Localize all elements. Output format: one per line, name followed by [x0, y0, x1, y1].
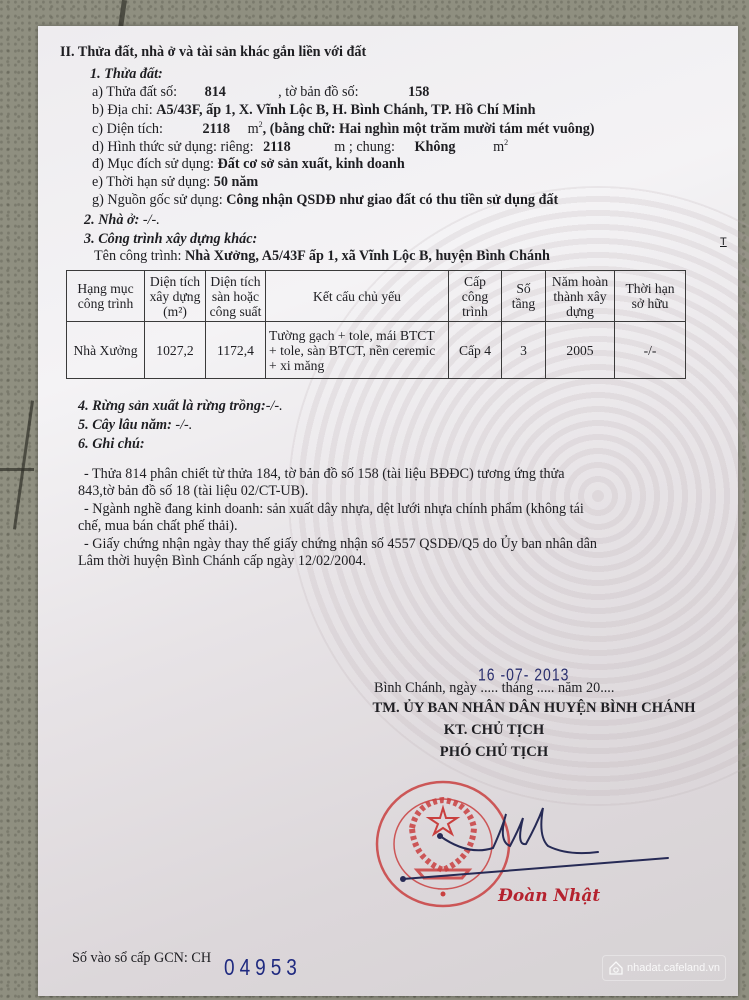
works-name-label: Tên công trình: — [94, 248, 181, 264]
col-header-structure: Kết cấu chủ yếu — [266, 271, 449, 322]
land-certificate-page: II. Thửa đất, nhà ở và tài sản khác gắn … — [38, 26, 738, 996]
purpose-value: Đất cơ sở sản xuất, kinh doanh — [218, 156, 405, 172]
parcel-number: 814 — [205, 84, 275, 101]
col-header-category: Hạng mục công trình — [67, 271, 145, 322]
term-row: e) Thời hạn sử dụng: 50 năm — [92, 174, 258, 191]
on-behalf-line: KT. CHỦ TỊCH — [334, 722, 654, 739]
parcel-row: a) Thửa đất số: 814 , tờ bản đồ số: 158 — [92, 84, 429, 101]
origin-label: g) Nguồn gốc sử dụng: — [92, 192, 223, 208]
usage-private-value: 2118 — [263, 139, 291, 155]
usage-form-label: d) Hình thức sử dụng: riêng: — [92, 139, 254, 155]
margin-mark: T — [720, 236, 727, 248]
map-sheet-label: , tờ bản đồ số: — [278, 84, 358, 100]
house-row: 2. Nhà ở: -/-. — [84, 212, 160, 229]
usage-shared-label: m ; chung: — [334, 139, 395, 155]
cell-grade: Cấp 4 — [449, 322, 502, 379]
registry-number: 04953 — [224, 956, 302, 982]
purpose-label: đ) Mục đích sử dụng: — [92, 156, 214, 172]
floor-tile-joint — [118, 0, 127, 28]
origin-value: Công nhận QSDĐ như giao đất có thu tiền … — [226, 192, 558, 208]
col-header-floor-area: Diện tích sàn hoặc công suất — [206, 271, 266, 322]
cell-floor-area: 1172,4 — [206, 322, 266, 379]
signer-name: Đoàn Nhật — [498, 886, 600, 906]
cell-floors: 3 — [502, 322, 546, 379]
area-value: 2118 — [202, 121, 230, 137]
table-row: Nhà Xưởng 1027,2 1172,4 Tường gạch + tol… — [67, 322, 686, 379]
note-line: Lâm thời huyện Bình Chánh cấp ngày 12/02… — [78, 553, 366, 570]
address-label: b) Địa chỉ: — [92, 102, 153, 118]
purpose-row: đ) Mục đích sử dụng: Đất cơ sở sản xuất,… — [92, 156, 405, 173]
col-header-grade: Cấp công trình — [449, 271, 502, 322]
forest-heading: 4. Rừng sản xuất là rừng trồng: — [78, 398, 266, 414]
note-line: chế, mua bán chất phế thải). — [78, 518, 238, 535]
authority-line: TM. ỦY BAN NHÂN DÂN HUYỆN BÌNH CHÁNH — [334, 700, 734, 717]
area-unit: m — [248, 121, 259, 137]
parcel-label: a) Thửa đất số: — [92, 84, 177, 100]
cell-build-area: 1027,2 — [145, 322, 206, 379]
term-value: 50 năm — [214, 174, 259, 190]
signer-title: PHÓ CHỦ TỊCH — [334, 744, 654, 761]
floor-tile-joint — [0, 468, 34, 471]
address-row: b) Địa chỉ: A5/43F, ấp 1, X. Vĩnh Lộc B,… — [92, 102, 535, 119]
perennial-row: 5. Cây lâu năm: -/-. — [78, 417, 192, 434]
watermark-logo-text: nhadat.cafeland.vn — [627, 962, 720, 974]
area-in-words: , (bằng chữ: Hai nghìn một trăm mười tám… — [263, 121, 595, 137]
area-row: c) Diện tích: 2118 m2, (bằng chữ: Hai ng… — [92, 120, 595, 138]
usage-shared-value: Không — [415, 139, 456, 155]
col-header-build-area: Diện tích xây dựng (m²) — [145, 271, 206, 322]
perennial-heading: 5. Cây lâu năm: — [78, 417, 172, 433]
col-header-year-completed: Năm hoàn thành xây dựng — [546, 271, 615, 322]
construction-works-table: Hạng mục công trình Diện tích xây dựng (… — [66, 270, 686, 379]
term-label: e) Thời hạn sử dụng: — [92, 174, 210, 190]
note-line: - Giấy chứng nhận ngày thay thế giấy chứ… — [84, 536, 597, 553]
cell-year-completed: 2005 — [546, 322, 615, 379]
cell-ownership-term: -/- — [615, 322, 686, 379]
area-label: c) Diện tích: — [92, 121, 163, 137]
cell-category: Nhà Xưởng — [67, 322, 145, 379]
note-line: 843,tờ bản đồ số 18 (tài liệu 02/CT-UB). — [78, 483, 308, 500]
works-name-value: Nhà Xưởng, A5/43F ấp 1, xã Vĩnh Lộc B, h… — [185, 248, 550, 264]
house-heading: 2. Nhà ở: — [84, 212, 139, 228]
usage-form-row: d) Hình thức sử dụng: riêng: 2118 m ; ch… — [92, 138, 508, 156]
floor-tile-joint — [13, 400, 34, 529]
house-search-icon — [608, 960, 624, 976]
handwritten-signature — [398, 796, 678, 886]
col-header-ownership-term: Thời hạn sở hữu — [615, 271, 686, 322]
place-date-line: Bình Chánh, ngày ..... tháng ..... năm 2… — [374, 680, 614, 697]
section-title: II. Thửa đất, nhà ở và tài sản khác gắn … — [60, 44, 366, 61]
origin-row: g) Nguồn gốc sử dụng: Công nhận QSDĐ như… — [92, 192, 558, 209]
note-line: - Thửa 814 phân chiết từ thửa 184, tờ bả… — [84, 466, 565, 483]
notes-heading: 6. Ghi chú: — [78, 436, 145, 453]
cell-structure: Tường gạch + tole, mái BTCT + tole, sàn … — [266, 322, 449, 379]
registry-label: Số vào sổ cấp GCN: CH — [72, 950, 211, 967]
perennial-value: -/-. — [175, 417, 192, 433]
forest-value: -/-. — [266, 398, 283, 414]
note-line: - Ngành nghề đang kinh doanh: sản xuất d… — [84, 501, 584, 518]
usage-shared-unit: m — [493, 139, 504, 155]
map-sheet-number: 158 — [408, 84, 429, 100]
other-works-heading: 3. Công trình xây dựng khác: — [84, 231, 257, 248]
table-header-row: Hạng mục công trình Diện tích xây dựng (… — [67, 271, 686, 322]
col-header-floors: Số tầng — [502, 271, 546, 322]
watermark-logo: nhadat.cafeland.vn — [602, 955, 726, 981]
land-heading: 1. Thửa đất: — [90, 66, 163, 83]
address-value: A5/43F, ấp 1, X. Vĩnh Lộc B, H. Bình Chá… — [156, 102, 535, 118]
works-name-row: Tên công trình: Nhà Xưởng, A5/43F ấp 1, … — [94, 248, 550, 265]
forest-row: 4. Rừng sản xuất là rừng trồng:-/-. — [78, 398, 283, 415]
house-value: -/-. — [143, 212, 160, 228]
